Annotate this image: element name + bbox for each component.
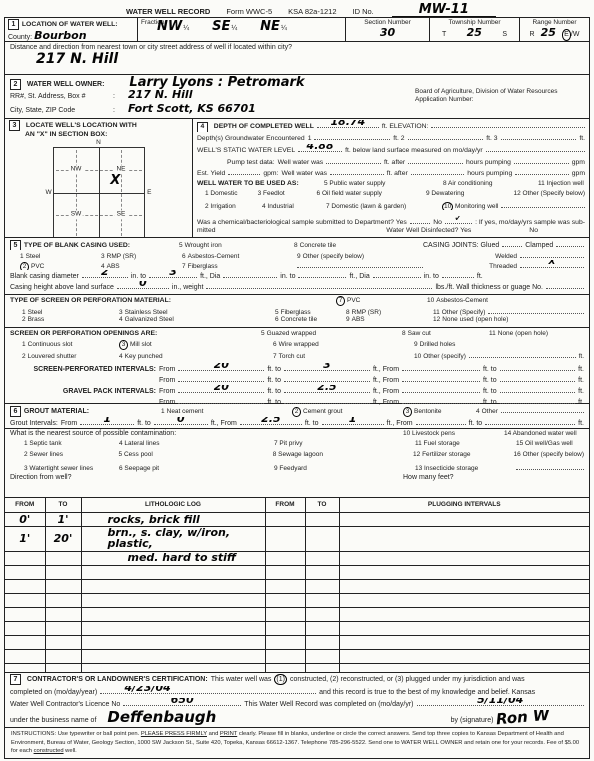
section-1-title: LOCATION OF WATER WELL: xyxy=(22,21,118,28)
range-east-circled: E xyxy=(562,29,571,40)
log-cell xyxy=(5,649,45,663)
num: 3 xyxy=(119,340,128,350)
label: Guazed wrapped xyxy=(267,330,317,337)
blank-line xyxy=(486,144,585,152)
option-2brass: 2Brass xyxy=(22,316,116,324)
num: 7 xyxy=(182,263,186,270)
section-6-title: GROUT MATERIAL: xyxy=(24,408,89,415)
casing-height-value: 0 xyxy=(139,281,147,288)
ft: ft. xyxy=(579,353,584,360)
layout: NW¼ SE¼ NE¼ xyxy=(141,20,342,33)
blank-line xyxy=(516,462,584,470)
label: Other (specify below) xyxy=(303,253,364,260)
blank-line xyxy=(408,156,463,164)
in-to: in. to xyxy=(131,272,146,281)
label: Asbestos-Cement xyxy=(188,253,240,260)
use-monitoring-well: 10 Monitoring well xyxy=(442,202,498,210)
option-6wire-wrapped: 6Wire wrapped xyxy=(273,341,411,349)
blank-line xyxy=(442,270,474,278)
ft-to: ft. to xyxy=(305,419,319,428)
num: 1 xyxy=(20,253,24,260)
log-row-empty xyxy=(5,621,589,635)
label: Wire wrapped xyxy=(279,341,319,348)
log-row: med. hard to stiff xyxy=(5,551,589,565)
log-cell xyxy=(5,607,45,621)
3: 13 Insecticide storage xyxy=(415,465,513,473)
text2: constructed, (2) reconstructed, or (3) p… xyxy=(290,675,525,684)
col-header-lithologic-log: LITHOLOGIC LOG xyxy=(81,498,265,513)
compass-w: W xyxy=(46,189,52,197)
log-cell xyxy=(339,579,589,593)
label: Steel xyxy=(26,253,41,260)
log-cell: brn., s. clay, w/iron, plastic, xyxy=(81,527,265,551)
compass-e: E xyxy=(147,189,151,197)
log-row-empty xyxy=(5,607,589,621)
layout: Was a chemical/bacteriological sample su… xyxy=(197,216,585,227)
gpm: gpm xyxy=(572,170,585,178)
col-header-plugging-intervals: PLUGGING INTERVALS xyxy=(339,498,589,513)
blank-line: 4.88 xyxy=(298,144,342,152)
completed-label: completed on (mo/day/year) xyxy=(10,688,97,697)
num: 11 xyxy=(433,309,440,316)
ft-from: ft., From xyxy=(373,365,399,374)
from: From xyxy=(61,419,77,428)
option-9drilled-holes: 9Drilled holes xyxy=(414,341,584,349)
option-8concrete-tile: 8Concrete tile xyxy=(294,242,420,250)
u2: PRINT xyxy=(220,731,237,737)
layout: 1 Septic tank4 Lateral lines7 Pit privy1… xyxy=(5,440,589,451)
layout: under the business name ofDeffenbaughby … xyxy=(10,710,584,726)
licence-number: 650 xyxy=(171,698,194,705)
intervals-label: Grout Intervals: xyxy=(10,419,58,428)
seg2: and xyxy=(209,731,219,737)
2: 7 Domestic (lawn & garden) xyxy=(326,203,439,210)
blank-line: 650 xyxy=(123,698,241,706)
quarter-symbol: ¼ xyxy=(231,24,237,33)
layout: 2Louvered shutter4Key punched7Torch cut1… xyxy=(5,350,589,360)
num: 8 xyxy=(402,330,406,337)
label: ABS xyxy=(107,263,120,270)
layout: WELL WATER TO BE USED AS:5 Public water … xyxy=(197,180,585,190)
log-cell xyxy=(81,649,265,663)
num: 2 xyxy=(20,262,29,270)
diagram-dash xyxy=(76,150,77,236)
label: None used (open hole) xyxy=(442,316,508,323)
ft-to: ft. to xyxy=(267,365,281,374)
no-label: No xyxy=(433,219,442,227)
layout: 6GROUT MATERIAL:1Neat cement2Cement grou… xyxy=(5,405,589,417)
layout: Board of Agriculture, Division of Water … xyxy=(415,75,589,118)
log-cell xyxy=(339,565,589,579)
label: PVC xyxy=(347,297,360,304)
option-3rmp-sr-: 3RMP (SR) xyxy=(101,253,179,260)
joints-label: CASING JOINTS: Glued xyxy=(423,241,499,250)
layout: 2 Irrigation4 Industrial7 Domestic (lawn… xyxy=(197,200,585,210)
static-label: WELL'S STATIC WATER LEVEL xyxy=(197,147,295,156)
licence-label: Water Well Contractor's Licence No xyxy=(10,700,120,709)
township-suffix: S xyxy=(502,30,507,39)
distance-value: 217 N. Hill xyxy=(36,52,118,66)
4: 16 Other (specify below) xyxy=(514,451,584,459)
ft-to: ft. to xyxy=(267,387,281,396)
quarter-symbol: ¼ xyxy=(281,24,287,33)
num: 1 xyxy=(161,408,165,415)
num: 1 xyxy=(22,341,26,348)
openings-title: SCREEN OR PERFORATION OPENINGS ARE: xyxy=(10,330,258,339)
option-4galvanized-steel: 4Galvanized Steel xyxy=(119,316,272,324)
num: 4 xyxy=(197,122,208,132)
layout: E/W xyxy=(562,29,580,40)
layout: TYPE OF SCREEN OR PERFORATION MATERIAL:7… xyxy=(5,296,589,306)
screen-title: TYPE OF SCREEN OR PERFORATION MATERIAL: xyxy=(10,297,260,306)
well-water-was: Well water was xyxy=(281,170,327,178)
2: NE xyxy=(260,20,280,33)
disinfected-no: No xyxy=(529,227,538,236)
num: 6 xyxy=(275,316,279,323)
section-3-4-row: 3LOCATE WELL'S LOCATION WITH AN "X" IN S… xyxy=(5,119,589,238)
log-cell xyxy=(45,663,81,673)
layout: Grout Intervals:From1ft. to0ft., From2.5… xyxy=(5,417,589,429)
log-cell xyxy=(45,621,81,635)
log-cell xyxy=(81,663,265,673)
num: 7 xyxy=(273,353,277,360)
county-value: Bourbon xyxy=(34,30,86,41)
blank-line xyxy=(410,216,430,224)
layout: 2WATER WELL OWNER:Larry Lyons : Petromar… xyxy=(10,76,410,90)
layout: Fromft. toft., Fromft. toft. xyxy=(5,374,589,385)
blank-line xyxy=(501,405,584,413)
layout: 1Continuous slot3Mill slot6Wire wrapped9… xyxy=(5,340,589,350)
hours-pumping: hours pumping xyxy=(467,170,512,178)
label: Steel xyxy=(28,309,43,316)
1: 8 Air conditioning xyxy=(443,180,535,188)
layout: 5TYPE OF BLANK CASING USED:5Wrought iron… xyxy=(5,238,589,295)
layout: mittedWater Well Disinfected? YesNo xyxy=(197,227,585,237)
ft: ft. xyxy=(477,272,483,281)
num: 3 xyxy=(101,253,105,260)
0: 3 Watertight sewer lines xyxy=(24,465,116,473)
label: ABS xyxy=(352,316,365,323)
blank-line: 2 xyxy=(82,270,128,278)
1: 3 Feedlot xyxy=(258,190,314,198)
owner-address: 217 N. Hill xyxy=(128,89,193,100)
log-cell xyxy=(5,579,45,593)
ft: ft. xyxy=(578,387,584,396)
layout: SCREEN-PERFORATED INTERVALS:From20ft. to… xyxy=(5,363,589,374)
application-number-label: Application Number: xyxy=(415,96,589,104)
label: Galvanized Steel xyxy=(125,316,174,323)
2: 7 Pit privy xyxy=(274,440,412,448)
log-cell xyxy=(305,649,339,663)
3: 9 Dewatering xyxy=(426,190,510,198)
blank-line xyxy=(228,167,260,175)
num: 10 xyxy=(427,297,434,304)
elevation-label: ft. ELEVATION: xyxy=(382,123,429,132)
log-cell: rocks, brick fill xyxy=(81,513,265,527)
label: Fiberglass xyxy=(281,309,311,316)
section-3-title: LOCATE WELL'S LOCATION WITH xyxy=(26,122,137,131)
option-1neat-cement: 1Neat cement xyxy=(161,408,289,416)
option-mill-slot-selected: 3Mill slot xyxy=(119,340,270,350)
0: 5 Public water supply xyxy=(324,180,440,188)
blank-line xyxy=(223,270,277,278)
log-row-empty xyxy=(5,579,589,593)
0: 1 Septic tank xyxy=(24,440,116,448)
log-cell xyxy=(5,663,45,673)
blank-line: 5/11/04 xyxy=(417,698,585,706)
log-cell xyxy=(265,635,305,649)
section-2-title: WATER WELL OWNER: xyxy=(27,80,105,89)
num: 5 xyxy=(10,240,21,250)
blank-line xyxy=(520,250,584,258)
option-4abs: 4ABS xyxy=(101,263,179,270)
section-5-casing: 5TYPE OF BLANK CASING USED:5Wrought iron… xyxy=(5,238,589,404)
height-label: Casing height above land surface xyxy=(10,283,114,292)
option-6concrete-tile: 6Concrete tile xyxy=(275,316,343,324)
ft-to: ft. to xyxy=(483,387,497,396)
section-7-title: CONTRACTOR'S OR LANDOWNER'S CERTIFICATIO… xyxy=(27,675,208,684)
ft: ft. xyxy=(579,135,585,144)
blank-line xyxy=(469,350,576,358)
to: 20' xyxy=(54,533,73,544)
blank-line: 4/23/04 xyxy=(100,686,316,694)
label: Continuous slot xyxy=(28,341,73,348)
form-body: 1LOCATION OF WATER WELL: County: Bourbon… xyxy=(4,17,590,759)
from: 1' xyxy=(19,533,30,544)
option-5fiberglass: 5Fiberglass xyxy=(275,309,343,316)
compass-n: N xyxy=(96,139,101,147)
section-2-owner: 2WATER WELL OWNER:Larry Lyons : Petromar… xyxy=(5,75,589,119)
label: Saw cut xyxy=(408,330,431,337)
u1: PLEASE PRESS FIRMLY xyxy=(141,731,207,737)
label: Concrete tile xyxy=(300,242,337,249)
section-number-value: 30 xyxy=(380,27,395,38)
colon: : xyxy=(113,92,115,101)
form-number: Form WWC-5 xyxy=(226,7,272,17)
city-label: City, State, ZIP Code xyxy=(10,106,110,115)
blank-line: X xyxy=(520,260,584,268)
log-cell xyxy=(45,551,81,565)
log-cell xyxy=(265,579,305,593)
quadrant-sw: SW xyxy=(69,211,83,219)
quarter-symbol: ¼ xyxy=(183,24,189,33)
num: 3 xyxy=(403,407,412,417)
log-cell xyxy=(45,607,81,621)
log-cell xyxy=(339,551,589,565)
quadrant-nw: NW xyxy=(69,166,84,174)
log-cell xyxy=(305,513,339,527)
static-water-level-value: 4.88 xyxy=(307,144,334,151)
log-cell xyxy=(81,621,265,635)
option-pvc-selected: 2PVC xyxy=(20,262,98,270)
blank-line xyxy=(485,417,575,425)
option-5wrought-iron: 5Wrought iron xyxy=(179,242,291,250)
ft-to: ft. to xyxy=(483,376,497,385)
blank-line xyxy=(297,260,423,268)
grout2-to: 1 xyxy=(349,417,357,424)
0: 2 Sewer lines xyxy=(24,451,116,459)
blank-line xyxy=(178,396,264,404)
title-line2: AN "X" IN SECTION BOX: xyxy=(25,131,188,140)
option-5guazed-wrapped: 5Guazed wrapped xyxy=(261,330,399,338)
grout1-to: 0 xyxy=(177,417,185,424)
layout: FROM TO LITHOLOGIC LOG FROM TO PLUGGING … xyxy=(5,498,589,513)
log-row-empty xyxy=(5,635,589,649)
option-cement-grout-selected: 2Cement grout xyxy=(292,407,400,417)
col-header-to2: TO xyxy=(305,498,339,513)
log-cell xyxy=(305,527,339,551)
log-cell xyxy=(305,635,339,649)
casing-diameter-value: 2 xyxy=(101,270,109,277)
layout: 2PVC4ABS7FiberglassThreadedX xyxy=(5,260,589,270)
use-label: WELL WATER TO BE USED AS: xyxy=(197,180,321,189)
label: Neat cement xyxy=(167,408,204,415)
blank-line: 18.74 xyxy=(317,120,379,128)
disinfected-q: Water Well Disinfected? Yes xyxy=(386,227,471,236)
log-row-empty xyxy=(5,593,589,607)
log-row-empty xyxy=(5,649,589,663)
layout: Township Number T25S xyxy=(430,18,520,41)
yield-label: Est. Yield xyxy=(197,170,225,178)
colon: : xyxy=(113,106,115,115)
layout: 2Brass4Galvanized Steel6Concrete tile9AB… xyxy=(5,316,589,326)
blank-line xyxy=(402,396,480,404)
log-cell xyxy=(265,663,305,673)
num: 6 xyxy=(10,406,21,417)
board-text: Board of Agriculture, Division of Water … xyxy=(415,88,589,96)
ft-to: ft. to xyxy=(267,376,281,385)
blank-line xyxy=(284,396,370,404)
num: 4 xyxy=(119,353,123,360)
threaded-mark: X xyxy=(549,260,556,267)
layout: 1Steel3RMP (SR)6Asbestos-Cement9Other (s… xyxy=(5,250,589,260)
range-w: /W xyxy=(571,31,580,38)
num: 3 xyxy=(9,120,20,131)
blank-line xyxy=(501,132,577,140)
well-location-mark: X xyxy=(110,174,120,187)
num: 7 xyxy=(10,674,21,685)
diagram-center-horizontal xyxy=(54,193,144,194)
gw-label: Depth(s) Groundwater Encountered xyxy=(197,135,305,144)
log-cell xyxy=(265,551,305,565)
log-cell xyxy=(5,565,45,579)
option-10other-specify-: 10Other (specify) xyxy=(414,353,466,360)
log-cell xyxy=(265,621,305,635)
layout: Water Well Contractor's Licence No650Thi… xyxy=(10,698,584,710)
ft-from: ft., From xyxy=(211,419,237,428)
4: 12 Other (Specify below) xyxy=(513,190,585,198)
label: Mill slot xyxy=(130,341,152,348)
contamination-label: What is the nearest source of possible c… xyxy=(10,429,400,438)
signature: Ron W xyxy=(496,710,551,726)
sample-q: Was a chemical/bacteriological sample su… xyxy=(197,219,407,227)
ft-after: ft. after xyxy=(387,170,408,178)
layout: 5TYPE OF BLANK CASING USED: xyxy=(10,240,176,250)
from: From xyxy=(159,387,175,396)
screen-to-value: 3 xyxy=(323,363,331,370)
in-to: in. to xyxy=(424,272,439,281)
log-cell xyxy=(305,607,339,621)
option-7torch-cut: 7Torch cut xyxy=(273,353,411,360)
num: 4 xyxy=(119,316,123,323)
num: 6 xyxy=(273,341,277,348)
ft-to: ft. to xyxy=(137,419,151,428)
log-cell xyxy=(265,527,305,551)
num: 5 xyxy=(261,330,265,337)
log: rocks, brick fill xyxy=(108,514,200,525)
ft-dia: ft., Dia xyxy=(349,272,369,281)
static-suffix: ft. below land surface measured on mo/da… xyxy=(345,147,483,156)
range-prefix: R xyxy=(530,30,535,39)
option-7fiberglass: 7Fiberglass xyxy=(182,263,294,270)
log-cell xyxy=(265,565,305,579)
label: Key punched xyxy=(125,353,163,360)
label: Concrete tile xyxy=(281,316,318,323)
log-cell xyxy=(81,593,265,607)
log-row: 1' 20' brn., s. clay, w/iron, plastic, xyxy=(5,527,589,551)
layout: completed on (mo/day/year)4/23/04and thi… xyxy=(10,686,584,698)
label: Cement grout xyxy=(303,408,342,415)
layout: WELL'S STATIC WATER LEVEL4.88ft. below l… xyxy=(197,144,585,156)
range-value: 25 xyxy=(541,27,556,38)
log-cell: 1' xyxy=(45,513,81,527)
in-weight: in., weight xyxy=(172,283,204,292)
address-label: RR#, St. Address, Box # xyxy=(10,92,110,101)
blank-line xyxy=(515,167,569,175)
log-cell xyxy=(339,607,589,621)
blank-line xyxy=(501,200,585,208)
signature-label: by (signature) xyxy=(451,716,494,725)
pump-label: Pump test data: xyxy=(227,159,275,167)
business-name: Deffenbaugh xyxy=(107,710,216,725)
ft-from: ft., From xyxy=(387,419,413,428)
gw-2: ft. 2 xyxy=(393,135,404,144)
well-water-was: Well water was xyxy=(278,159,324,167)
township-value: 25 xyxy=(467,27,482,38)
depth-value: 18.74 xyxy=(330,120,365,127)
from: From xyxy=(159,376,175,385)
layout: 1 Domestic3 Feedlot6 Oil field water sup… xyxy=(197,190,585,200)
blank-line xyxy=(314,132,390,140)
num: 2 xyxy=(10,79,21,90)
blank-line xyxy=(500,374,576,382)
label: Wrought iron xyxy=(185,242,222,249)
layout: 1LOCATION OF WATER WELL: County: Bourbon xyxy=(5,18,138,41)
log: brn., s. clay, w/iron, plastic, xyxy=(108,527,263,549)
blank-line xyxy=(373,270,421,278)
blank-line: 0 xyxy=(117,281,169,289)
gpm: gpm xyxy=(572,159,585,167)
section-diagram: NW NE SW SE N S W E X xyxy=(53,147,145,237)
label: Asbestos-Cement xyxy=(436,297,488,304)
in-to: in. to xyxy=(280,272,295,281)
blank-line: 20 xyxy=(178,385,264,393)
record-label: This Water Well Record was completed on … xyxy=(244,700,413,709)
to: 1' xyxy=(57,514,68,525)
num: 5 xyxy=(275,309,279,316)
1: 14 Abandoned water well xyxy=(504,430,577,438)
0: 10 Livestock pens xyxy=(403,430,501,438)
layout: R25E/W xyxy=(523,27,586,40)
layout: Fraction NW¼ SE¼ NE¼ xyxy=(138,18,346,41)
blank-line xyxy=(330,167,384,175)
label: Other (Specify) xyxy=(442,309,486,316)
num: 8 xyxy=(346,309,350,316)
log-cell xyxy=(339,513,589,527)
log-cell xyxy=(81,635,265,649)
instructions: INSTRUCTIONS: Use typewriter or ball poi… xyxy=(5,728,589,758)
ft: ft. xyxy=(578,376,584,385)
